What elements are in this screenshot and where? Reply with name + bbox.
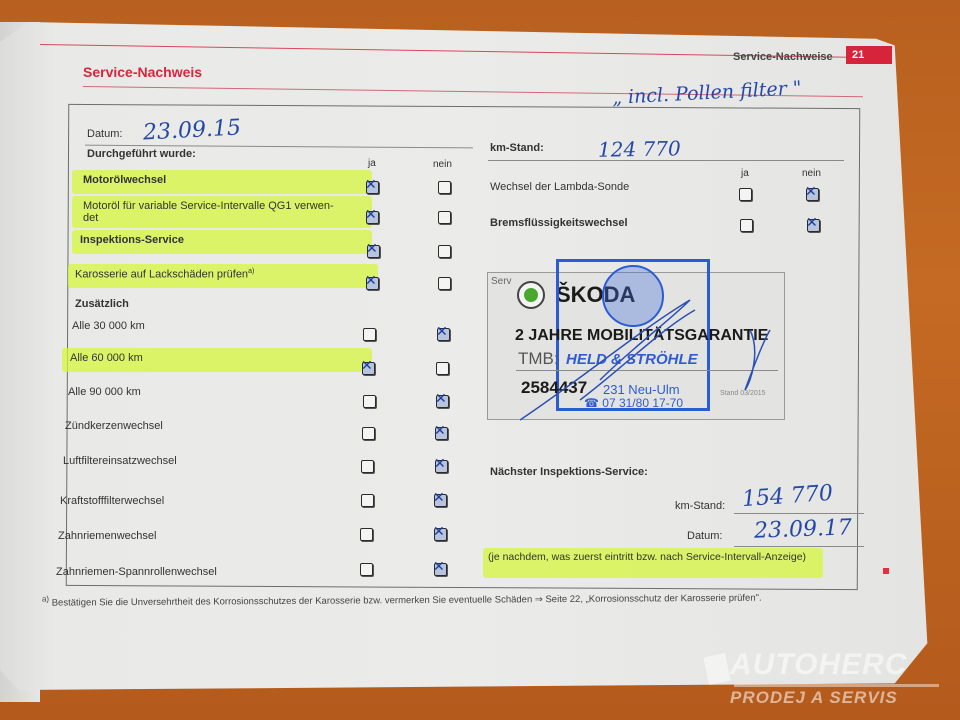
checklist-label: Karosserie auf Lackschäden prüfena) (75, 268, 254, 281)
next-km-label: km-Stand: (675, 500, 725, 512)
checkbox-no[interactable] (434, 563, 447, 576)
checkbox-yes[interactable] (360, 563, 373, 576)
km-rule (488, 160, 844, 161)
lambda-yes-checkbox[interactable] (739, 188, 752, 201)
checklist-label: Inspektions-Service (80, 234, 184, 246)
checkbox-no[interactable] (436, 362, 449, 375)
page-number: 21 (846, 46, 892, 64)
footnote-ref: a) (248, 268, 254, 275)
checkbox-no[interactable] (438, 211, 451, 224)
sticker-corner-text: Serv (491, 276, 512, 287)
date-label: Datum: (87, 128, 122, 140)
checkbox-yes[interactable] (363, 395, 376, 408)
end-marker-icon (883, 568, 889, 574)
checklist-label: Alle 90 000 km (68, 386, 141, 398)
checkbox-yes[interactable] (367, 245, 380, 258)
date-value: 23.09.15 (142, 115, 241, 145)
checkbox-no[interactable] (434, 528, 447, 541)
checklist-label: Motoröl für variable Service-Intervalle … (83, 200, 334, 224)
brake-fluid-yes-checkbox[interactable] (740, 219, 753, 232)
km-value: 124 770 (598, 136, 681, 161)
checkbox-no[interactable] (438, 277, 451, 290)
page-title: Service-Nachweis (83, 64, 202, 80)
next-date-value: 23.09.17 (754, 515, 853, 543)
checkbox-no[interactable] (438, 181, 451, 194)
checklist-label: Motorölwechsel (83, 174, 166, 186)
checkbox-no[interactable] (434, 494, 447, 507)
checkbox-yes[interactable] (361, 494, 374, 507)
checklist-label: Kraftstofffilterwechsel (60, 495, 164, 507)
next-service-title: Nächster Inspektions-Service: (490, 466, 648, 478)
checkbox-no[interactable] (435, 460, 448, 473)
next-km-rule (734, 513, 864, 514)
lambda-no-checkbox[interactable] (806, 188, 819, 201)
performed-label: Durchgeführt wurde: (87, 148, 196, 160)
checkbox-yes[interactable] (360, 528, 373, 541)
checklist-label: Zündkerzenwechsel (65, 420, 163, 432)
signature-scribble (520, 290, 780, 450)
checklist-label: Alle 30 000 km (72, 320, 145, 332)
checkbox-yes[interactable] (361, 460, 374, 473)
col-no-right: nein (802, 168, 821, 179)
brake-fluid-label: Bremsflüssigkeitswechsel (490, 217, 628, 229)
checklist-label: Zahnriemenwechsel (58, 530, 156, 542)
col-no-left: nein (433, 159, 452, 170)
lambda-label: Wechsel der Lambda-Sonde (490, 181, 629, 193)
checkbox-yes[interactable] (366, 211, 379, 224)
watermark-tagline: PRODEJ A SERVIS (730, 688, 898, 708)
checklist-label: Luftfiltereinsatzwechsel (63, 455, 177, 467)
checkbox-no[interactable] (436, 395, 449, 408)
checkbox-no[interactable] (437, 328, 450, 341)
watermark-rule (734, 684, 939, 687)
checkbox-no[interactable] (435, 427, 448, 440)
checkbox-yes[interactable] (363, 328, 376, 341)
next-date-rule (734, 546, 864, 547)
checkbox-yes[interactable] (366, 181, 379, 194)
km-label: km-Stand: (490, 142, 544, 154)
brake-fluid-no-checkbox[interactable] (807, 219, 820, 232)
checkbox-no[interactable] (438, 245, 451, 258)
checklist-label: Zahnriemen-Spannrollenwechsel (56, 566, 217, 578)
next-service-note: (je nachdem, was zuerst eintritt bzw. na… (488, 551, 806, 563)
checkbox-yes[interactable] (362, 427, 375, 440)
watermark-brand: AUTOHERC (730, 648, 907, 682)
checklist-label: Alle 60 000 km (70, 352, 143, 364)
checkbox-yes[interactable] (362, 362, 375, 375)
col-yes-right: ja (741, 168, 749, 179)
checklist-label: Zusätzlich (75, 298, 129, 310)
col-yes-left: ja (368, 158, 376, 169)
running-head: Service-Nachweise (733, 51, 833, 63)
checkbox-yes[interactable] (366, 277, 379, 290)
footnote-marker: a) (42, 594, 49, 603)
next-date-label: Datum: (687, 530, 722, 542)
